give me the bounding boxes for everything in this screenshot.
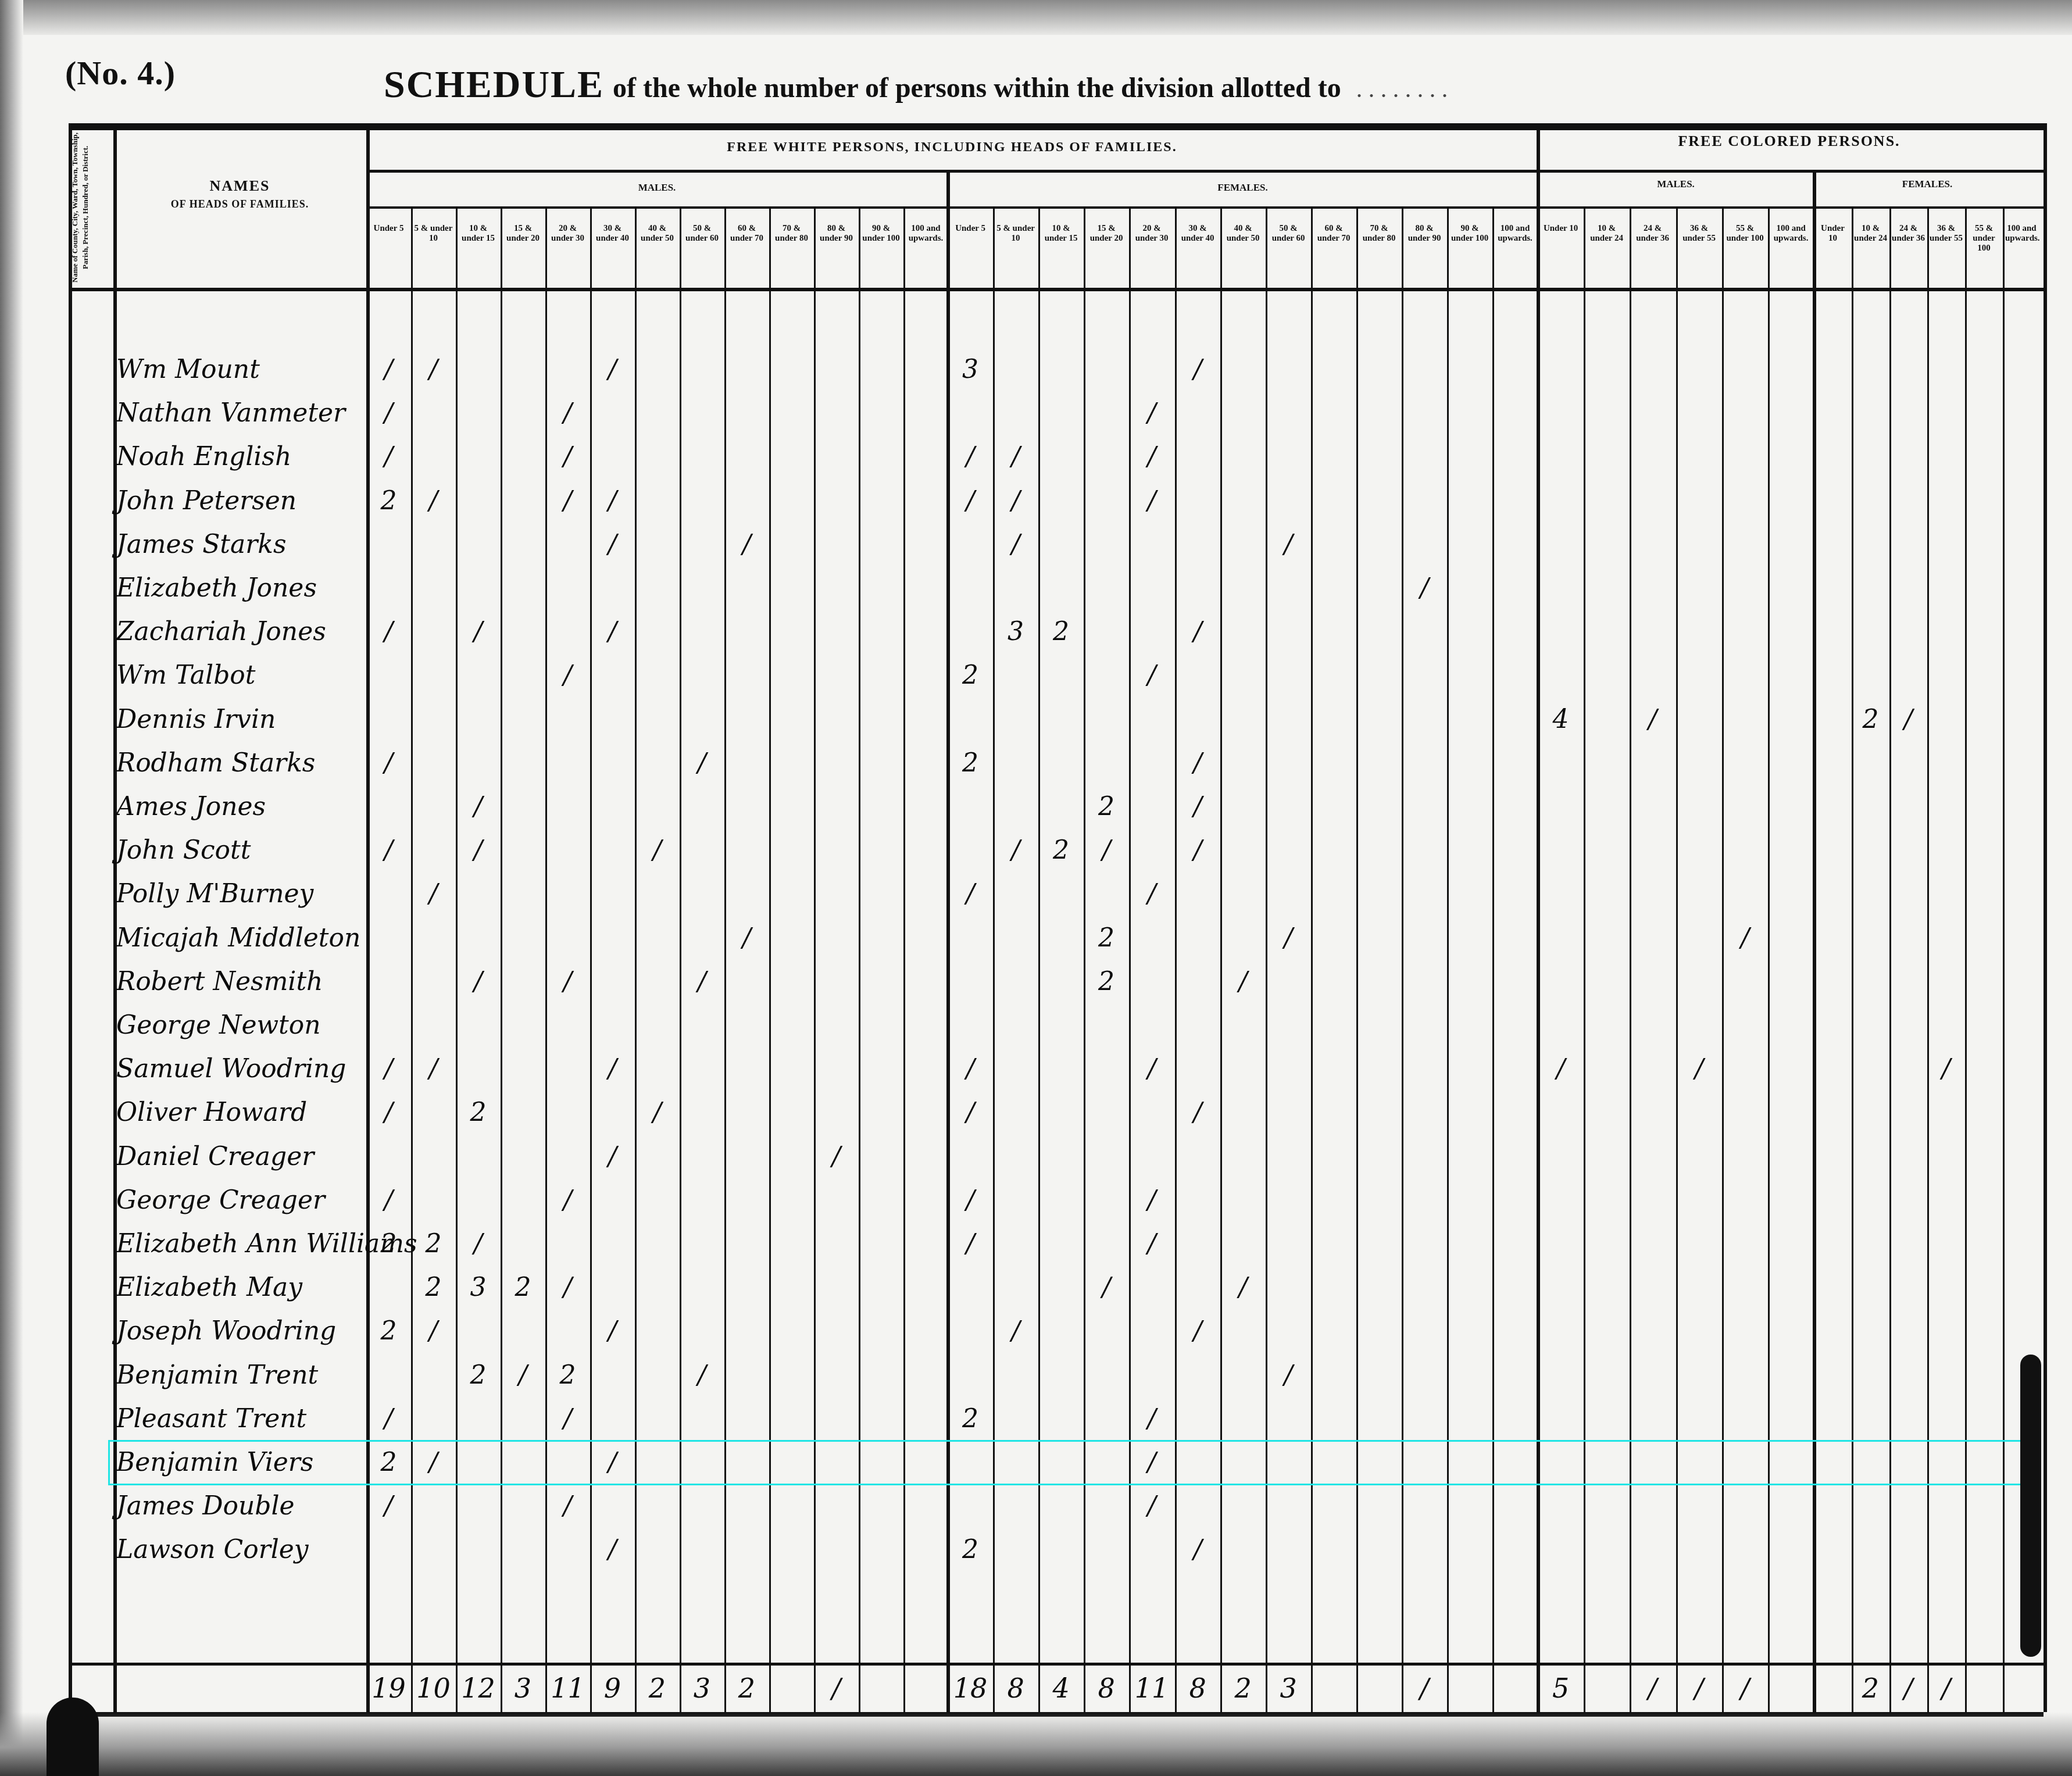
white-male-count: / [545, 1398, 590, 1440]
white-male-col-divider [456, 206, 458, 1712]
colored-female-col-divider [1852, 206, 1853, 1712]
white-female-count: 3 [948, 349, 993, 391]
head-of-family-name: Elizabeth Ann Williams [116, 1223, 372, 1265]
white-male-total: 3 [501, 1665, 545, 1711]
white-female-col-divider [1447, 206, 1449, 1712]
head-of-family-name: James Starks [116, 524, 372, 566]
head-of-family-name: Wm Mount [116, 349, 372, 391]
head-of-family-name: Samuel Woodring [116, 1048, 372, 1090]
white-female-age-header: 80 & under 90 [1404, 224, 1445, 244]
table-top-rule [69, 123, 2044, 130]
white-female-total: 3 [1266, 1665, 1311, 1711]
colored-female-age-header: Under 10 [1816, 224, 1849, 244]
names-header-line1: NAMES [113, 177, 366, 195]
white-male-age-header: 70 & under 80 [771, 224, 812, 244]
white-female-col-divider [1492, 206, 1494, 1712]
white-male-count: / [590, 524, 635, 566]
white-male-age-header: 80 & under 90 [816, 224, 856, 244]
white-female-count: / [993, 1310, 1038, 1352]
colored-male-col-divider [1630, 206, 1631, 1712]
colored-females-header: FEMALES. [1814, 178, 2041, 190]
white-male-count: / [590, 1136, 635, 1178]
head-of-family-name: Daniel Creager [116, 1136, 372, 1178]
white-male-count: / [366, 1485, 411, 1527]
colored-male-col-divider [1768, 206, 1770, 1712]
white-female-age-header: 90 & under 100 [1449, 224, 1490, 244]
white-female-age-header: 30 & under 40 [1177, 224, 1218, 244]
white-female-count: / [993, 436, 1038, 478]
white-female-count: / [1402, 567, 1447, 609]
white-male-col-divider [724, 206, 726, 1712]
white-female-count: / [1175, 349, 1220, 391]
colored-female-count: / [1889, 699, 1927, 741]
colored-female-age-header: 10 & under 24 [1854, 224, 1887, 244]
white-female-col-divider [1084, 206, 1085, 1712]
white-male-age-header: 90 & under 100 [861, 224, 901, 244]
white-female-count: / [1175, 742, 1220, 784]
head-of-family-name: Robert Nesmith [116, 961, 372, 1003]
white-female-count: / [1129, 1048, 1174, 1090]
white-male-count: / [590, 1529, 635, 1571]
white-male-count: / [366, 1092, 411, 1134]
white-male-count: 2 [456, 1092, 501, 1134]
white-female-count: 2 [1084, 786, 1129, 828]
colored-male-count: 4 [1538, 699, 1584, 741]
colored-male-total: / [1722, 1665, 1768, 1711]
white-female-col-divider [1266, 206, 1267, 1712]
colored-female-col-divider [1965, 206, 1967, 1712]
white-female-count: / [993, 830, 1038, 871]
white-male-age-header: 15 & under 20 [503, 224, 543, 244]
selected-row-highlight[interactable] [108, 1440, 2036, 1485]
white-female-count: / [948, 1223, 993, 1265]
head-of-family-name: Polly M'Burney [116, 873, 372, 915]
white-female-age-header: 70 & under 80 [1359, 224, 1399, 244]
white-male-age-header: 100 and upwards. [906, 224, 946, 244]
white-males-header: MALES. [366, 182, 948, 194]
white-female-age-header: 100 and upwards. [1495, 224, 1535, 244]
white-female-count: / [993, 524, 1038, 566]
white-male-count: / [366, 1048, 411, 1090]
white-male-total: 10 [411, 1665, 456, 1711]
white-female-total: 8 [1175, 1665, 1220, 1711]
colored-female-col-divider [1927, 206, 1929, 1712]
white-male-col-divider [635, 206, 637, 1712]
colored-male-count: / [1538, 1048, 1584, 1090]
white-male-count: 2 [366, 480, 411, 522]
white-male-count: / [545, 436, 590, 478]
white-female-count: / [1129, 655, 1174, 696]
white-male-count: / [411, 349, 456, 391]
colored-female-age-header: 24 & under 36 [1892, 224, 1925, 244]
white-male-total: / [814, 1665, 859, 1711]
white-male-count: / [814, 1136, 859, 1178]
head-of-family-name: Elizabeth Jones [116, 567, 372, 609]
white-male-age-header: 10 & under 15 [458, 224, 498, 244]
white-male-count: / [366, 392, 411, 434]
white-male-count: / [635, 1092, 680, 1134]
white-male-col-divider [680, 206, 681, 1712]
white-male-count: / [366, 349, 411, 391]
head-of-family-name: John Scott [116, 830, 372, 871]
colored-male-count: / [1722, 917, 1768, 959]
white-male-total: 2 [635, 1665, 680, 1711]
white-male-count: / [456, 786, 501, 828]
white-male-count: / [545, 1267, 590, 1309]
white-male-col-divider [814, 206, 816, 1712]
colored-male-age-header: 24 & under 36 [1632, 224, 1673, 244]
colored-male-total: 5 [1538, 1665, 1584, 1711]
colored-female-count: 2 [1852, 699, 1889, 741]
white-female-count: / [1266, 524, 1311, 566]
white-female-count: 2 [948, 1398, 993, 1440]
white-male-col-divider [501, 206, 502, 1712]
white-male-age-header: 40 & under 50 [637, 224, 677, 244]
head-of-family-name: Benjamin Trent [116, 1355, 372, 1396]
white-female-age-header: 40 & under 50 [1223, 224, 1263, 244]
column-header-rule [69, 288, 2044, 291]
colored-male-age-header: 100 and upwards. [1770, 224, 1812, 244]
white-female-count: / [948, 436, 993, 478]
colored-female-age-header: 36 & under 55 [1930, 224, 1963, 244]
white-male-count: / [724, 524, 769, 566]
white-female-count: / [1266, 917, 1311, 959]
head-of-family-name: Ames Jones [116, 786, 372, 828]
white-male-count: / [456, 611, 501, 653]
head-of-family-name: Pleasant Trent [116, 1398, 372, 1440]
white-male-count: / [366, 1398, 411, 1440]
white-male-count: / [590, 1310, 635, 1352]
white-male-count: / [411, 1048, 456, 1090]
white-female-count: / [1220, 1267, 1266, 1309]
white-female-col-divider [1175, 206, 1177, 1712]
white-male-count: 3 [456, 1267, 501, 1309]
white-male-count: / [635, 830, 680, 871]
white-female-count: / [948, 1092, 993, 1134]
free-colored-header: FREE COLORED PERSONS. [1538, 133, 2041, 150]
white-male-age-header: 60 & under 70 [727, 224, 767, 244]
white-male-total: 11 [545, 1665, 590, 1711]
binding-shadow [2020, 1355, 2041, 1657]
white-female-count: 2 [1038, 830, 1084, 871]
page-edge-shadow-bottom [0, 1712, 2072, 1776]
white-female-count: 2 [948, 1529, 993, 1571]
head-of-family-name: Joseph Woodring [116, 1310, 372, 1352]
white-female-col-divider [1220, 206, 1222, 1712]
head-of-family-name: Noah English [116, 436, 372, 478]
colored-male-col-divider [1676, 206, 1678, 1712]
white-male-col-divider [903, 206, 905, 1712]
white-male-count: 2 [411, 1267, 456, 1309]
white-female-count: / [1175, 830, 1220, 871]
colored-male-count: / [1676, 1048, 1722, 1090]
white-male-count: / [366, 742, 411, 784]
colored-male-age-header: 36 & under 55 [1678, 224, 1720, 244]
white-female-count: / [1175, 611, 1220, 653]
head-of-family-name: Dennis Irvin [116, 699, 372, 741]
white-female-count: / [1084, 830, 1129, 871]
white-female-col-divider [1311, 206, 1313, 1712]
white-male-count: / [366, 436, 411, 478]
white-male-count: 2 [366, 1310, 411, 1352]
free-white-header: FREE WHITE PERSONS, INCLUDING HEADS OF F… [366, 140, 1538, 155]
head-of-family-name: Rodham Starks [116, 742, 372, 784]
white-female-col-divider [993, 206, 995, 1712]
colored-female-total: / [1889, 1665, 1927, 1711]
white-female-count: / [1129, 392, 1174, 434]
white-female-count: / [1129, 1223, 1174, 1265]
white-male-count: / [590, 1048, 635, 1090]
white-female-count: / [1129, 1485, 1174, 1527]
white-male-age-header: 30 & under 40 [592, 224, 633, 244]
section-header-rule [366, 170, 2044, 173]
white-female-count: / [1129, 1398, 1174, 1440]
white-male-col-divider [411, 206, 413, 1712]
white-female-count: / [1175, 1529, 1220, 1571]
white-male-count: / [411, 1310, 456, 1352]
white-female-total: 11 [1129, 1665, 1174, 1711]
white-female-age-header: 10 & under 15 [1041, 224, 1081, 244]
colored-female-total: / [1927, 1665, 1965, 1711]
head-of-family-name: John Petersen [116, 480, 372, 522]
white-male-count: / [366, 1180, 411, 1221]
colored-males-header: MALES. [1538, 178, 1814, 190]
white-male-age-header: 20 & under 30 [548, 224, 588, 244]
colored-male-count: / [1630, 699, 1676, 741]
white-male-count: / [545, 961, 590, 1003]
colored-male-age-header: 10 & under 24 [1586, 224, 1627, 244]
white-female-age-header: 20 & under 30 [1131, 224, 1172, 244]
table-left-border [69, 123, 72, 1712]
white-female-col-divider [1356, 206, 1358, 1712]
head-of-family-name: Zachariah Jones [116, 611, 372, 653]
white-female-count: / [1220, 961, 1266, 1003]
white-female-total: 4 [1038, 1665, 1084, 1711]
white-male-count: / [456, 961, 501, 1003]
white-female-count: / [1129, 436, 1174, 478]
white-female-count: 2 [948, 742, 993, 784]
white-female-count: 3 [993, 611, 1038, 653]
colored-female-col-divider [2003, 206, 2005, 1712]
white-male-count: / [545, 392, 590, 434]
white-male-age-header: 50 & under 60 [682, 224, 722, 244]
white-female-total: 8 [993, 1665, 1038, 1711]
white-female-age-header: 50 & under 60 [1268, 224, 1309, 244]
white-female-age-header: 5 & under 10 [995, 224, 1036, 244]
white-female-total: / [1402, 1665, 1447, 1711]
white-male-age-header: 5 & under 10 [413, 224, 453, 244]
white-male-col-divider [859, 206, 860, 1712]
white-female-count: 2 [1084, 961, 1129, 1003]
white-female-count: / [1084, 1267, 1129, 1309]
table-right-border [2044, 123, 2047, 1712]
white-male-count: / [680, 742, 724, 784]
white-female-count: / [948, 873, 993, 915]
district-column-header: Name of County, City, Ward, Town, Townsh… [70, 129, 112, 286]
white-male-total: 19 [366, 1665, 411, 1711]
colored-female-col-divider [1889, 206, 1891, 1712]
white-female-count: / [1175, 1310, 1220, 1352]
white-female-total: 2 [1220, 1665, 1266, 1711]
white-male-count: / [590, 611, 635, 653]
white-female-count: 2 [1084, 917, 1129, 959]
colored-male-total: / [1630, 1665, 1676, 1711]
names-column-header: NAMES OF HEADS OF FAMILIES. [113, 177, 366, 210]
white-male-count: / [411, 873, 456, 915]
white-male-count: / [724, 917, 769, 959]
colored-male-col-divider [1584, 206, 1585, 1712]
white-female-count: / [1175, 786, 1220, 828]
sex-header-rule [366, 206, 2044, 209]
white-male-count: / [456, 1223, 501, 1265]
white-male-col-divider [769, 206, 771, 1712]
colored-male-col-divider [1722, 206, 1724, 1712]
head-of-family-name: George Creager [116, 1180, 372, 1221]
white-female-count: / [993, 480, 1038, 522]
white-female-count: 2 [1038, 611, 1084, 653]
head-of-family-name: George Newton [116, 1005, 372, 1046]
white-female-age-header: 15 & under 20 [1086, 224, 1127, 244]
white-male-count: / [545, 1485, 590, 1527]
head-of-family-name: Elizabeth May [116, 1267, 372, 1309]
white-male-count: 2 [411, 1223, 456, 1265]
white-male-count: 2 [501, 1267, 545, 1309]
head-of-family-name: Lawson Corley [116, 1529, 372, 1571]
white-female-col-divider [1402, 206, 1403, 1712]
white-male-age-header: Under 5 [369, 224, 409, 234]
white-male-total: 2 [724, 1665, 769, 1711]
colored-female-count: / [1927, 1048, 1965, 1090]
white-male-count: / [590, 480, 635, 522]
white-male-count: / [590, 349, 635, 391]
colored-male-age-header: Under 10 [1540, 224, 1581, 234]
head-of-family-name: Oliver Howard [116, 1092, 372, 1134]
white-male-total: 12 [456, 1665, 501, 1711]
white-male-col-divider [590, 206, 592, 1712]
white-male-count: / [366, 830, 411, 871]
white-male-count: / [411, 480, 456, 522]
white-male-count: / [456, 830, 501, 871]
white-female-count: 2 [948, 655, 993, 696]
head-of-family-name: James Double [116, 1485, 372, 1527]
white-male-count: / [501, 1355, 545, 1396]
white-female-count: / [948, 480, 993, 522]
white-female-total: 8 [1084, 1665, 1129, 1711]
white-female-age-header: Under 5 [950, 224, 991, 234]
white-male-count: / [545, 1180, 590, 1221]
colored-female-age-header: 55 & under 100 [1967, 224, 2000, 253]
colored-female-age-header: 100 and upwards. [2005, 224, 2038, 244]
white-female-count: / [1266, 1355, 1311, 1396]
colored-male-total: / [1676, 1665, 1722, 1711]
white-female-age-header: 60 & under 70 [1313, 224, 1354, 244]
white-female-total: 18 [948, 1665, 993, 1711]
white-male-total: 3 [680, 1665, 724, 1711]
colored-female-total: 2 [1852, 1665, 1889, 1711]
white-female-count: / [1129, 873, 1174, 915]
white-female-count: / [948, 1180, 993, 1221]
white-male-count: / [366, 611, 411, 653]
white-female-count: / [948, 1048, 993, 1090]
white-male-count: / [680, 1355, 724, 1396]
white-male-count: 2 [545, 1355, 590, 1396]
white-male-count: / [545, 480, 590, 522]
head-of-family-name: Wm Talbot [116, 655, 372, 696]
white-female-count: / [1129, 1180, 1174, 1221]
colored-male-age-header: 55 & under 100 [1724, 224, 1766, 244]
head-of-family-name: Micajah Middleton [116, 917, 372, 959]
head-of-family-name: Nathan Vanmeter [116, 392, 372, 434]
white-male-total: 9 [590, 1665, 635, 1711]
white-male-count: 2 [366, 1223, 411, 1265]
names-header-line2: OF HEADS OF FAMILIES. [113, 198, 366, 210]
corner-blot [47, 1698, 99, 1776]
white-male-count: / [545, 655, 590, 696]
white-females-header: FEMALES. [948, 182, 1538, 194]
white-female-col-divider [1038, 206, 1040, 1712]
white-male-count: 2 [456, 1355, 501, 1396]
white-female-count: / [1175, 1092, 1220, 1134]
white-male-count: / [680, 961, 724, 1003]
white-female-count: / [1129, 480, 1174, 522]
